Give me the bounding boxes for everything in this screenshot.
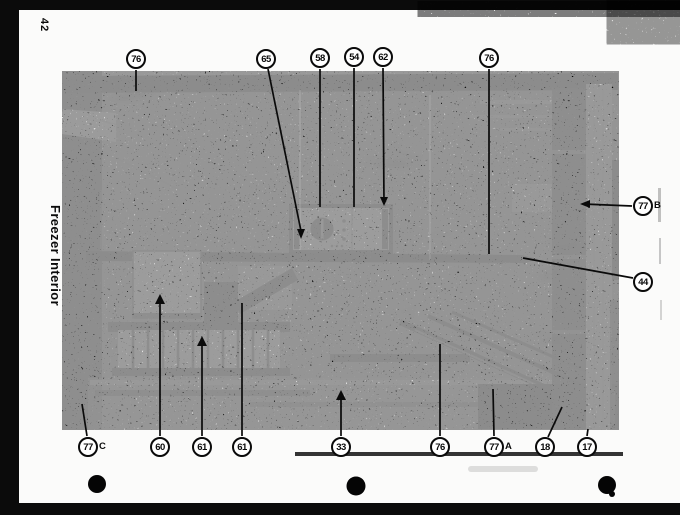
callout-circle: 76 <box>479 48 499 68</box>
callout-60: 60 <box>150 437 170 457</box>
freezer-photo <box>62 71 626 430</box>
callout-76-top-left: 76 <box>126 49 146 69</box>
callout-suffix: C <box>99 442 106 452</box>
callout-suffix: A <box>505 442 512 452</box>
callout-circle: 76 <box>126 49 146 69</box>
callout-65: 65 <box>256 49 276 69</box>
callout-77A: 77 A <box>484 437 512 457</box>
callout-circle: 44 <box>633 272 653 292</box>
callout-circle: 76 <box>430 437 450 457</box>
print-bleed-artifact <box>660 300 662 320</box>
callout-circle: 33 <box>331 437 351 457</box>
photo-grain-light <box>62 71 619 430</box>
callout-61-a: 61 <box>192 437 212 457</box>
callout-17: 17 <box>577 437 597 457</box>
callout-circle: 77 <box>633 196 653 216</box>
callout-77B: 77 B <box>633 196 661 216</box>
callout-circle: 77 <box>78 437 98 457</box>
callout-circle: 18 <box>535 437 555 457</box>
callout-circle: 77 <box>484 437 504 457</box>
scanned-manual-page: 42 Freezer Interior <box>0 0 680 515</box>
callout-circle: 65 <box>256 49 276 69</box>
punch-hole-splatter <box>609 491 615 497</box>
margin-title: Freezer Interior <box>48 205 63 306</box>
callout-58: 58 <box>310 48 330 68</box>
page-number: 42 <box>38 18 50 32</box>
print-bleed-artifact <box>659 238 661 264</box>
callout-suffix: B <box>654 201 661 211</box>
callout-76-bottom: 76 <box>430 437 450 457</box>
punch-hole <box>88 475 106 493</box>
callout-44: 44 <box>633 272 653 292</box>
callout-circle: 61 <box>192 437 212 457</box>
punch-hole <box>347 477 366 496</box>
callout-circle: 54 <box>344 47 364 67</box>
callout-61-b: 61 <box>232 437 252 457</box>
callout-54: 54 <box>344 47 364 67</box>
callout-77C: 77 C <box>78 437 106 457</box>
callout-62: 62 <box>373 47 393 67</box>
callout-circle: 17 <box>577 437 597 457</box>
callout-76-top-right: 76 <box>479 48 499 68</box>
corner-grime <box>610 0 680 42</box>
callout-circle: 58 <box>310 48 330 68</box>
callout-18: 18 <box>535 437 555 457</box>
callout-circle: 61 <box>232 437 252 457</box>
callout-circle: 62 <box>373 47 393 67</box>
callout-circle: 60 <box>150 437 170 457</box>
callout-33: 33 <box>331 437 351 457</box>
ink-smudge <box>468 466 538 472</box>
